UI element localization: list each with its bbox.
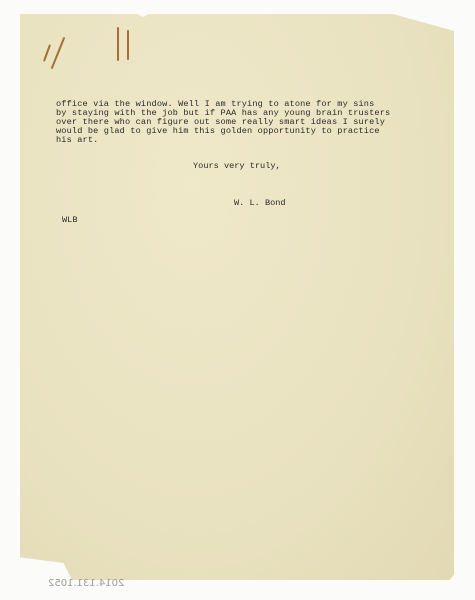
signature: W. L. Bond [234,198,286,208]
accession-number: 2014.131.1052 [48,578,124,589]
closing: Yours very truly, [193,161,281,171]
initials: WLB [62,215,77,225]
body-line: would be glad to give him this golden op… [56,126,380,137]
body-line: his art. [56,135,98,146]
rust-stain [127,30,129,60]
rust-stain [117,27,119,61]
